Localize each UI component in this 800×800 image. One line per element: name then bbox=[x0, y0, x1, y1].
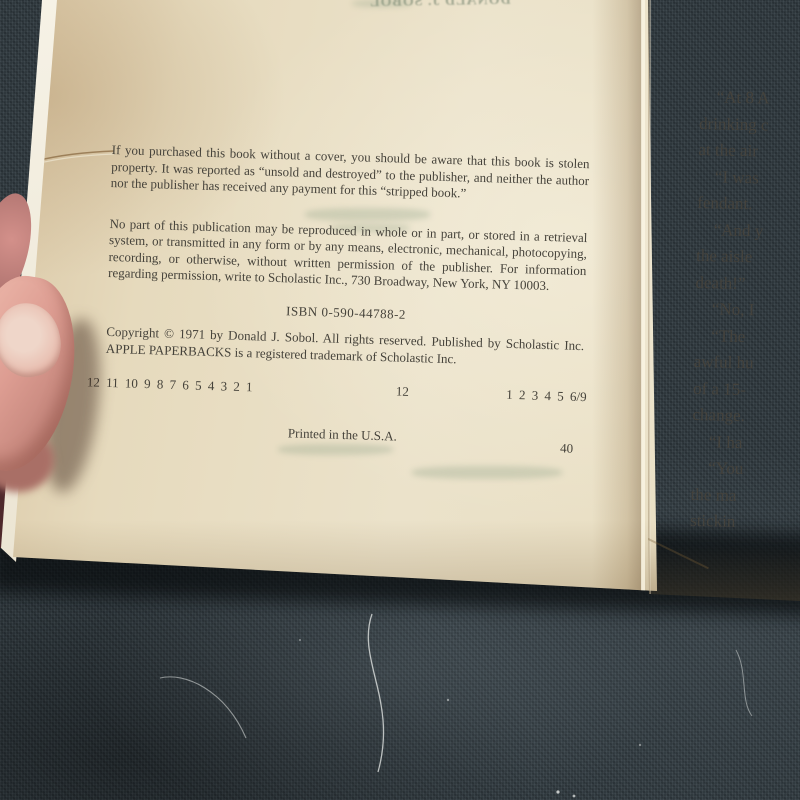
rights-notice: No part of this publication may be repro… bbox=[108, 215, 588, 295]
story-text-line: drinking c bbox=[699, 110, 800, 140]
book-photo-scene: DONALD J. SOBOL If you purchased this bo… bbox=[0, 0, 800, 800]
story-text-line: the aisle bbox=[696, 243, 800, 273]
story-text-line: “I ha bbox=[692, 428, 800, 458]
print-run-years: 1 2 3 4 5 6/9 bbox=[506, 387, 587, 406]
story-text-line: at the air bbox=[698, 137, 800, 167]
story-text-line: awful hu bbox=[693, 349, 800, 379]
story-text-line: of a 15- bbox=[693, 375, 800, 405]
showthrough-smudge bbox=[352, 0, 412, 7]
story-text-line: “At 8 A bbox=[699, 84, 800, 114]
story-text-line: death!” bbox=[695, 269, 800, 299]
story-text-column: “At 8 Adrinking cat the air“I wasfendant… bbox=[690, 84, 800, 538]
showthrough-smudge bbox=[412, 466, 562, 479]
printed-in-usa: Printed in the U.S.A. bbox=[288, 425, 397, 443]
right-page-crease bbox=[648, 0, 651, 594]
story-text-line: “No, I bbox=[695, 296, 800, 326]
gutter-shadow bbox=[592, 0, 642, 600]
story-text-line: “You bbox=[691, 455, 800, 485]
story-text-line: “I was bbox=[698, 163, 800, 193]
showthrough-smudge bbox=[278, 444, 393, 455]
story-text-line: “The bbox=[694, 322, 800, 352]
story-text-line: stickin bbox=[690, 508, 800, 538]
page-number: 40 bbox=[560, 440, 573, 457]
story-text-line: fendant. bbox=[697, 190, 800, 220]
copyright-page-text: If you purchased this book without a cov… bbox=[103, 142, 590, 450]
story-text-line: the ma bbox=[690, 481, 800, 511]
story-text-line: change. bbox=[692, 402, 800, 432]
story-text-line: “And y bbox=[696, 216, 800, 246]
